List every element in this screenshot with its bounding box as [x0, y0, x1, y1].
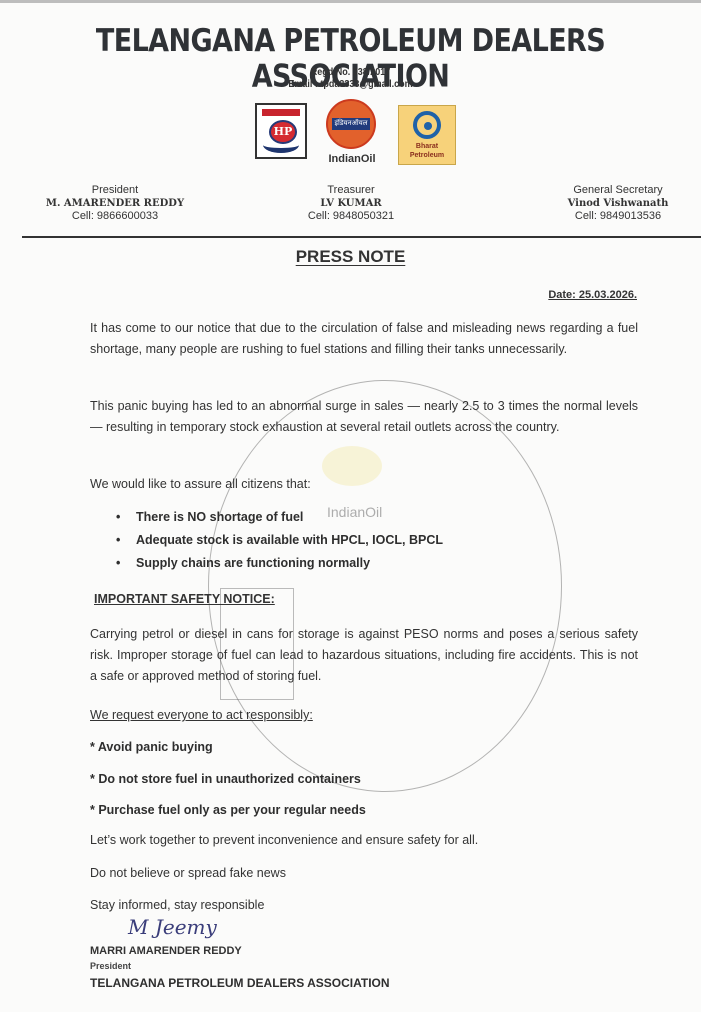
safety-notice-text: Carrying petrol or diesel in cans for st… [90, 624, 638, 687]
list-item: There is NO shortage of fuel [116, 506, 443, 529]
note-date: Date: 25.03.2026. [548, 289, 637, 301]
registration-number: Regd No. 338/2017 [35, 67, 666, 78]
indianoil-logo-icon: इंडियनऑयल [326, 99, 376, 149]
officer-treasurer: Treasurer LV KUMAR Cell: 9848050321 [286, 184, 416, 223]
paragraph-assurance-intro: We would like to assure all citizens tha… [90, 474, 638, 495]
signature-scribble: M Jeemy [128, 915, 217, 939]
scan-edge [0, 0, 701, 3]
paragraph-notice: It has come to our notice that due to th… [90, 318, 638, 360]
paragraph-panic-buying: This panic buying has led to an abnormal… [90, 396, 638, 438]
closing-line: Do not believe or spread fake news [90, 866, 286, 880]
press-note-heading: PRESS NOTE [0, 247, 701, 267]
indianoil-label: IndianOil [324, 153, 380, 165]
assurance-list: There is NO shortage of fuel Adequate st… [116, 506, 443, 575]
officer-president: President M. AMARENDER REDDY Cell: 98666… [40, 184, 190, 223]
safety-notice-heading: IMPORTANT SAFETY NOTICE: [94, 592, 275, 606]
officer-general-secretary: General Secretary Vinod Vishwanath Cell:… [548, 184, 688, 223]
request-heading: We request everyone to act responsibly: [90, 708, 313, 722]
request-item: * Purchase fuel only as per your regular… [90, 803, 366, 817]
press-note-page: TELANGANA PETROLEUM DEALERS ASSOCIATION … [0, 0, 701, 1012]
oil-company-logos: HP इंडियनऑयल IndianOil Bharat Petroleum [0, 97, 701, 171]
signatory-organization: TELANGANA PETROLEUM DEALERS ASSOCIATION [90, 976, 390, 990]
request-item: * Avoid panic buying [90, 740, 213, 754]
bharat-petroleum-logo-icon: Bharat Petroleum [398, 105, 456, 165]
header-divider [22, 236, 701, 238]
list-item: Adequate stock is available with HPCL, I… [116, 529, 443, 552]
hp-logo-icon: HP [255, 103, 307, 159]
closing-line: Stay informed, stay responsible [90, 898, 264, 912]
request-item: * Do not store fuel in unauthorized cont… [90, 772, 361, 786]
signatory-name: MARRI AMARENDER REDDY [90, 945, 242, 957]
list-item: Supply chains are functioning normally [116, 552, 443, 575]
stamp-text: IndianOil [327, 504, 382, 520]
round-stamp [208, 380, 562, 792]
association-email: Email : tpda3333@gmail.com [35, 79, 666, 90]
signatory-role: President [90, 961, 131, 971]
closing-line: Let’s work together to prevent inconveni… [90, 833, 478, 847]
